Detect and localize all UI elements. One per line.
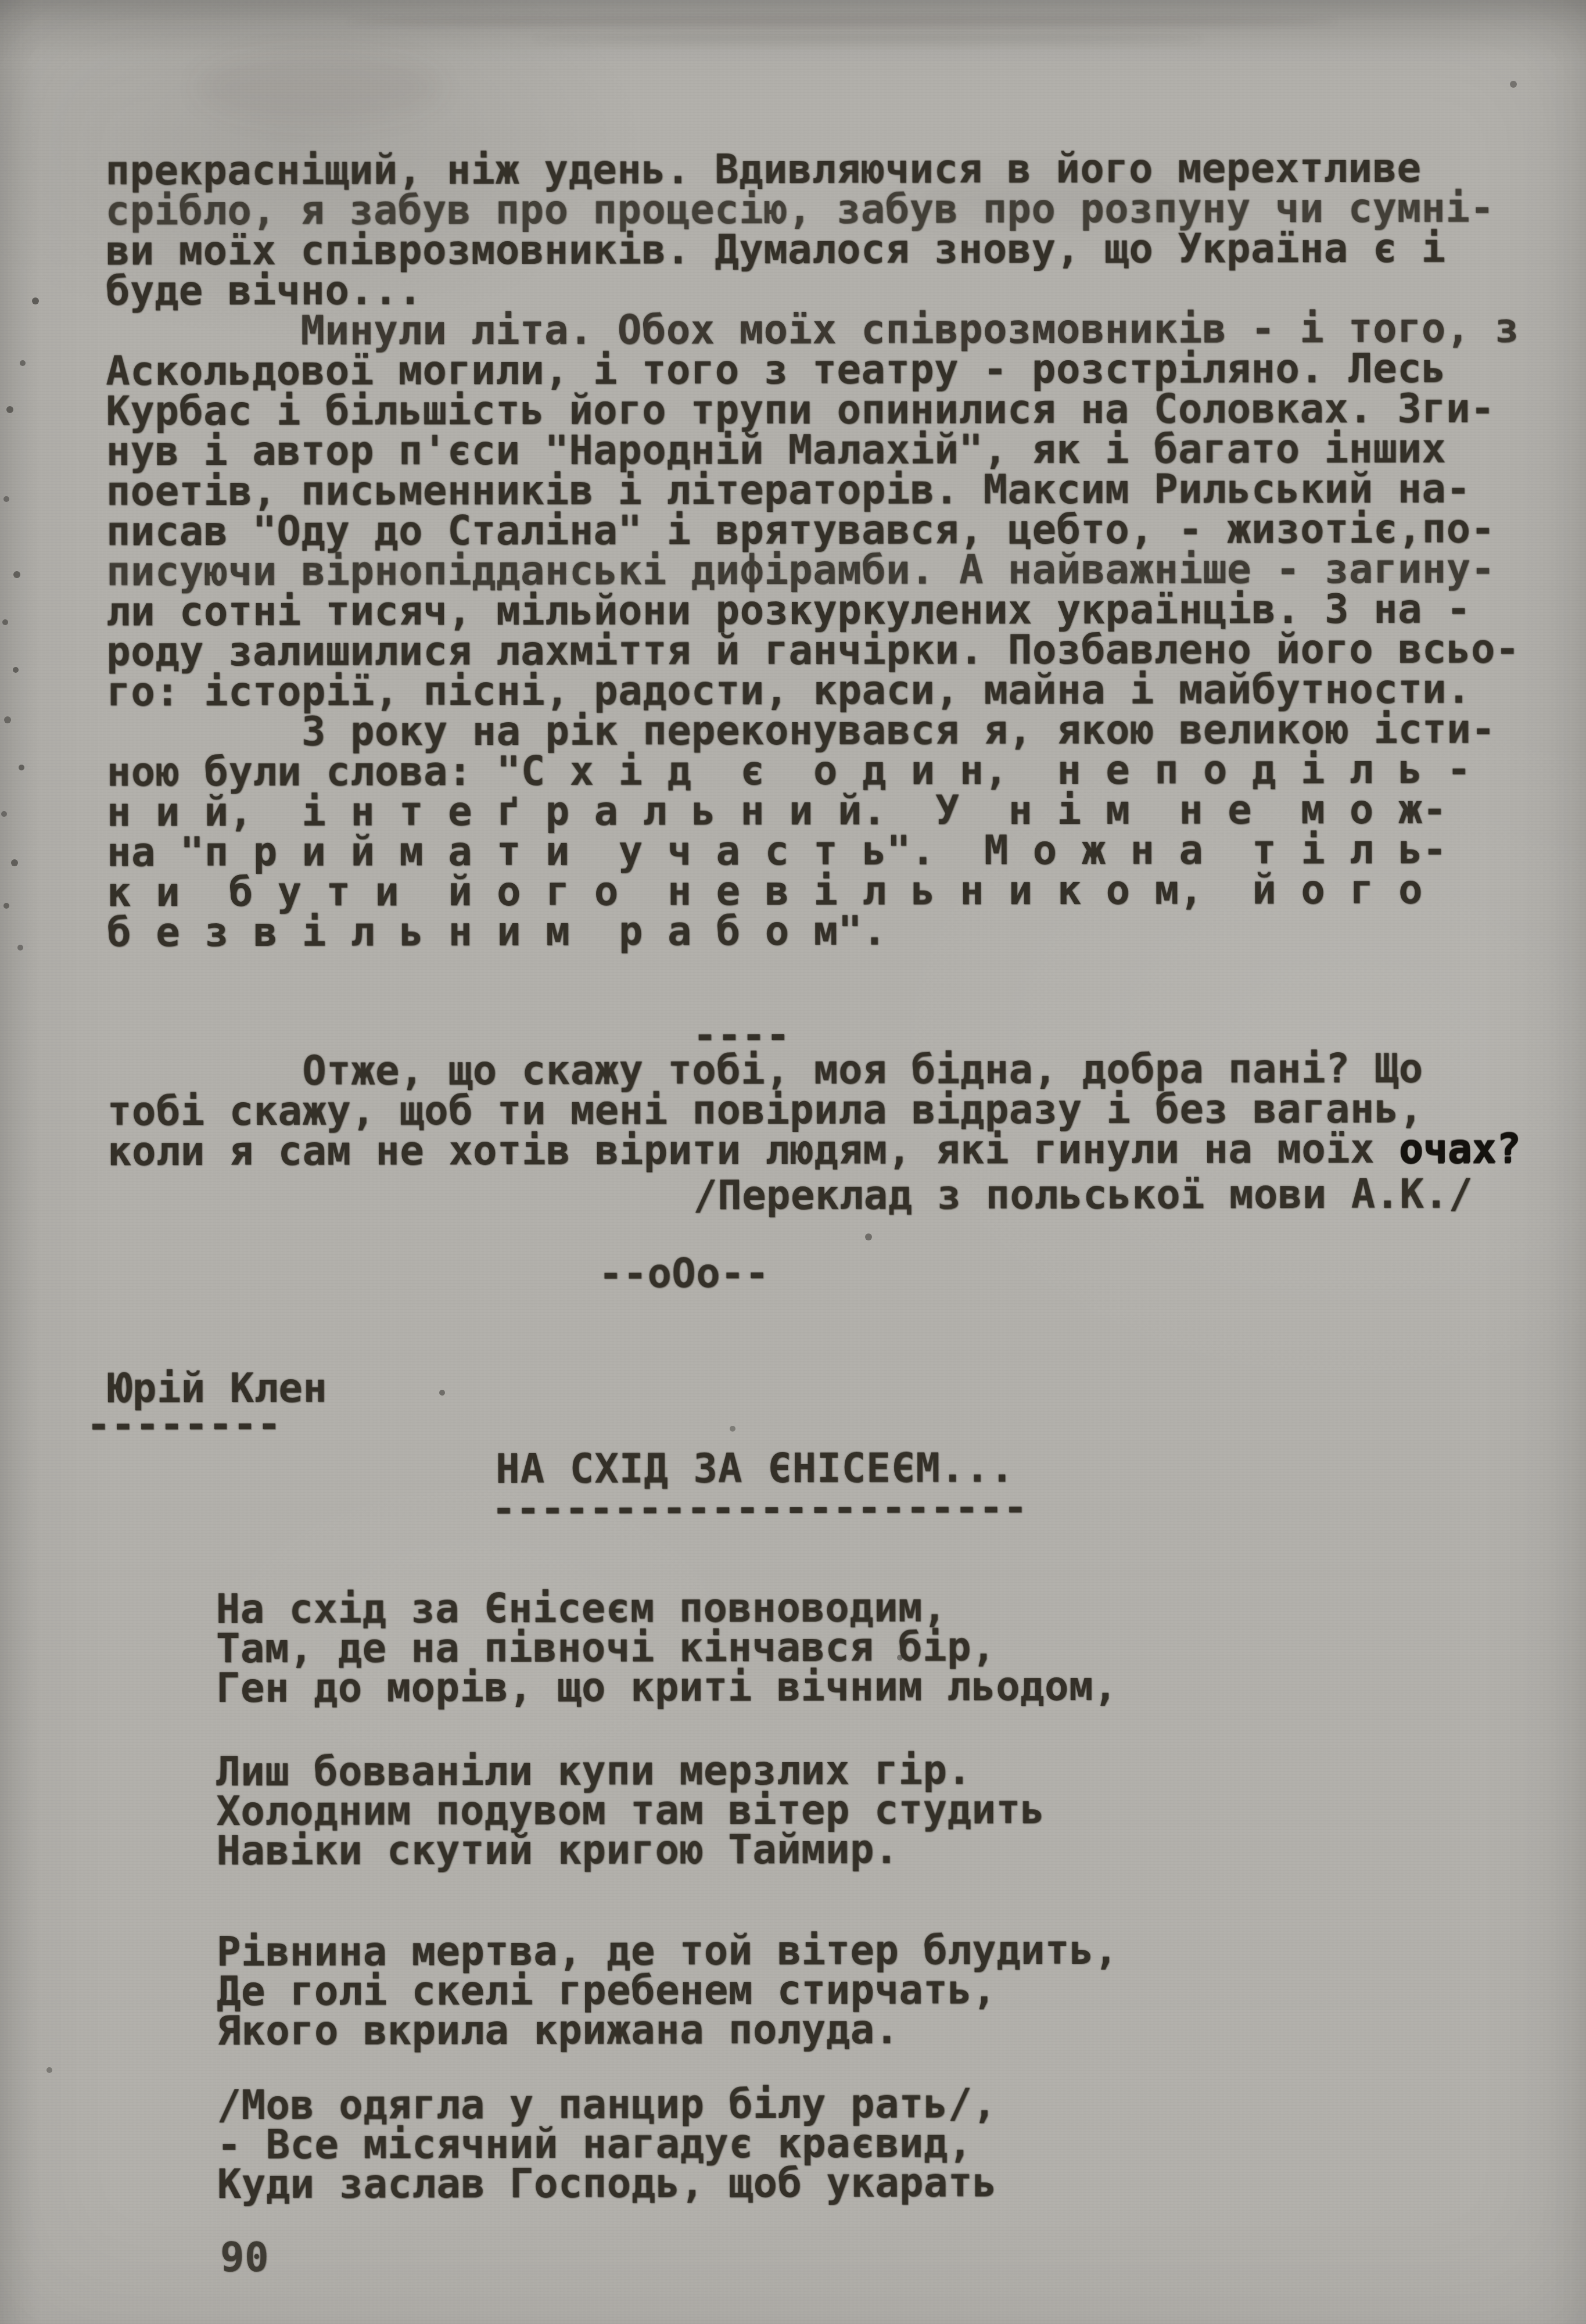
text-line: Навіки скутий кригою Таймир. [216,1830,1045,1871]
overstruck-text: очах? [1399,1125,1521,1172]
text-line: - Все місячний нагадує краєвид, [217,2124,996,2165]
text-line: Якого вкрила крижана полуда. [217,2010,1118,2051]
author-name-underline: -------- [87,1405,282,1446]
translation-credit: /Переклад з польської мови А.К./ [693,1175,1473,1217]
ornament-divider: --оОо-- [598,1254,769,1294]
text-line: коли я сам не хотів вірити людям, які ги… [107,1129,1521,1172]
text-line: б е з в і л ь н и м р а б о м". [107,910,1520,953]
text-line: Де голі скелі гребенем стирчать, [217,1970,1118,2011]
text-line: Куди заслав Господь, щоб укарать [217,2163,997,2204]
text-line: Там, де на півночі кінчався бір, [216,1627,1118,1669]
poem-stanza-4: /Мов одягла у панцир білу рать/,- Все мі… [217,2084,997,2204]
poem-title-underline: ---------------------- [491,1488,1028,1529]
text-line: срібло, я забув про процесію, забув про … [105,188,1519,231]
essay-paragraphs: прекрасніщий, ніж удень. Вдивляючися в й… [105,148,1520,953]
poem-stanza-2: Лиш бовваніли купи мерзлих гір.Холодним … [216,1751,1045,1871]
text-line: Рівнина мертва, де той вітер блудить, [217,1931,1118,1972]
poem-title: НА СХІД ЗА ЄНІСЕЄМ... [496,1448,1015,1490]
text-line: Лиш бовваніли купи мерзлих гір. [216,1751,1045,1792]
text-line: Холодним подувом там вітер студить [216,1790,1045,1831]
text-segment: коли я сам не хотів вірити людям, які ги… [107,1126,1399,1175]
text-line: На схід за Єнісеєм повноводим, [216,1588,1118,1629]
page-number: 90 [220,2238,269,2278]
typewritten-content: прекрасніщий, ніж удень. Вдивляючися в й… [0,0,1586,2324]
text-line: к и б у т и й о г о н е в і л ь н и к о … [107,870,1520,913]
text-line: Ген до морів, що криті вічним льодом, [216,1667,1118,1708]
text-line: Минули літа. Обох моїх співрозмовників -… [106,309,1519,352]
text-line: ви моїх співрозмовників. Думалося знову,… [106,228,1519,271]
text-line: /Мов одягла у панцир білу рать/, [217,2084,996,2125]
poem-stanza-1: На схід за Єнісеєм повноводим,Там, де на… [216,1588,1118,1708]
essay-closing-paragraph: Отже, що скажу тобі, моя бідна, добра па… [107,1049,1521,1172]
text-line: писуючи вірнопідданські дифірамби. А най… [106,549,1520,592]
poem-stanza-3: Рівнина мертва, де той вітер блудить,Де … [217,1931,1118,2051]
scanned-typewritten-page: прекрасніщий, ніж удень. Вдивляючися в й… [0,0,1586,2324]
